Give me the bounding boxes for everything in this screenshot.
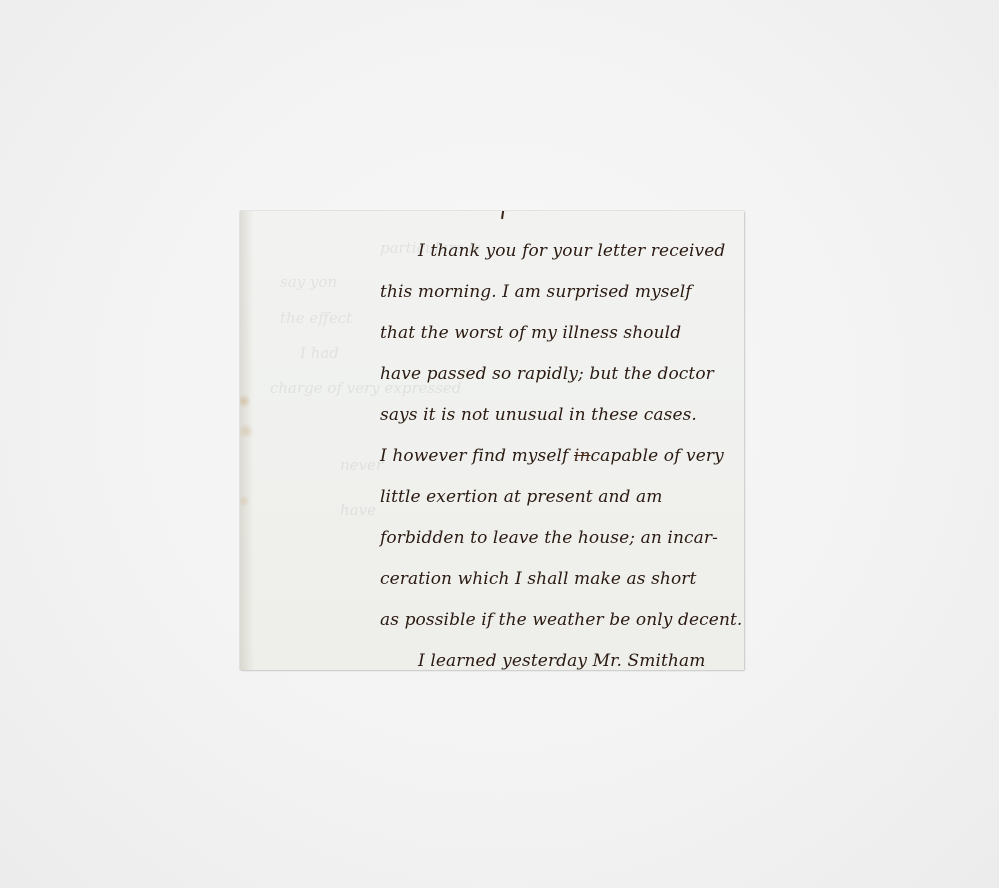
bleed-through-text: the effect [280,309,352,327]
bleed-through-text: say yon [280,273,337,291]
text-line: forbidden to leave the house; an incar- [380,518,742,559]
text-segment: I however find myself [380,446,574,466]
bleed-through-text: never [340,456,383,474]
bleed-through-text: I had [300,344,339,362]
text-line: says it is not unusual in these cases. [380,395,742,436]
text-line: I learned yesterday Mr. Smitham [380,641,742,670]
text-line: have passed so rapidly; but the doctor [380,354,742,395]
text-segment: capable of very [591,446,724,466]
text-line: as possible if the weather be only decen… [380,600,742,641]
bleed-through-text: have [340,501,376,519]
letter-page: particulars is say yon the effect I had … [240,211,744,670]
text-line: I however find myself incapable of very [380,436,742,477]
text-line: little exertion at present and am [380,477,742,518]
text-line: ceration which I shall make as short [380,559,742,600]
text-line: that the worst of my illness should [380,313,742,354]
struck-text: in [574,446,591,466]
ink-mark [501,211,505,219]
text-line: this morning. I am surprised myself [380,272,742,313]
text-line: I thank you for your letter received [380,231,742,272]
handwritten-text: I thank you for your letter received thi… [380,231,742,670]
